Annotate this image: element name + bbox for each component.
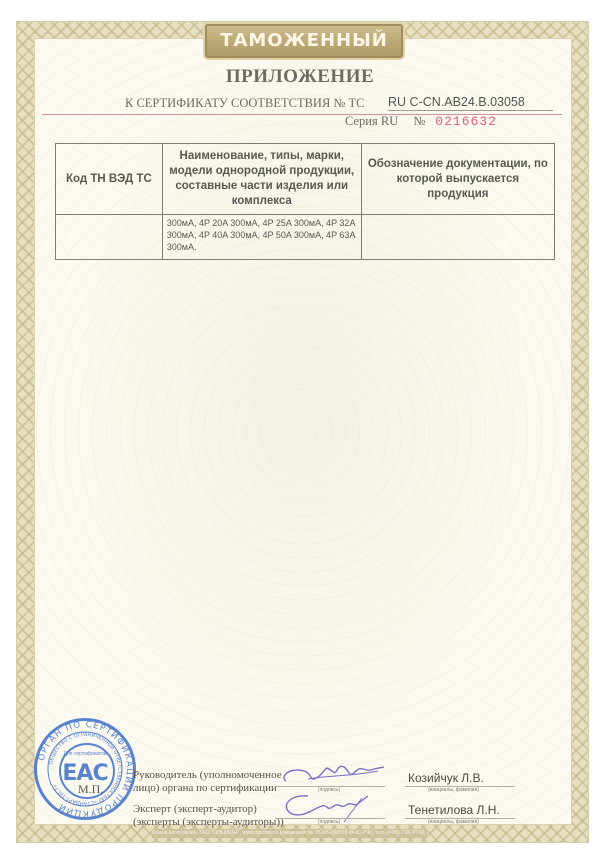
expert-label-line2: (эксперты (эксперты-аудиторы)) <box>133 816 284 829</box>
cell-hs-code <box>56 215 163 260</box>
stamp-for-text: Для сертификатов <box>37 751 133 757</box>
blank-number: 0216632 <box>435 114 497 129</box>
page-title: ПРИЛОЖЕНИЕ <box>0 66 600 88</box>
expert-name: Тенетилова Л.Н. <box>408 803 500 817</box>
customs-union-banner: ТАМОЖЕННЫЙ СОЮЗ <box>205 24 403 58</box>
head-name: Козийчук Л.В. <box>408 771 484 785</box>
cell-product-name: 300мА, 4P 20A 300мА, 4P 25A 300мА, 4P 32… <box>162 215 361 260</box>
head-signature-icon <box>278 757 388 789</box>
expert-signature-caption: (подпись) <box>318 819 340 825</box>
header-product-name: Наименование, типы, марки, модели одноро… <box>162 144 361 215</box>
certification-body-stamp: ОРГАН ПО СЕРТИФИКАЦИИ ПРОДУКЦИИ ОБЩЕСТВО… <box>34 718 136 820</box>
series-row: Серия RU №0216632 <box>345 114 497 129</box>
head-label-line2: лицо) органа по сертификации <box>133 782 277 795</box>
series-value: RU <box>381 114 398 128</box>
seal-label: М.П. <box>78 782 103 797</box>
table-header-row: Код ТН ВЭД ТС Наименование, типы, марки,… <box>56 144 555 215</box>
head-name-caption: (инициалы, фамилия) <box>428 787 479 793</box>
head-label-line1: Руководитель (уполномоченное <box>133 769 282 782</box>
certificate-number: RU C-CN.AB24.B.03058 <box>388 95 525 109</box>
cell-documentation <box>361 215 554 260</box>
table-row: 300мА, 4P 20A 300мА, 4P 25A 300мА, 4P 32… <box>56 215 555 260</box>
expert-name-caption: (инициалы, фамилия) <box>428 819 479 825</box>
certificate-number-underline <box>388 110 553 111</box>
series-label: Серия <box>345 114 378 128</box>
products-table: Код ТН ВЭД ТС Наименование, типы, марки,… <box>55 143 555 260</box>
certificate-subtitle: К СЕРТИФИКАТУ СООТВЕТСТВИЯ № ТС <box>125 96 364 111</box>
header-hs-code: Код ТН ВЭД ТС <box>56 144 163 215</box>
header-documentation: Обозначение документации, по которой вып… <box>361 144 554 215</box>
printer-imprint: Бланк изготовлен ЗАО "ОПЦИОН", www.opcio… <box>152 829 427 838</box>
number-label: № <box>413 114 425 128</box>
expert-label-line1: Эксперт (эксперт-аудитор) <box>133 803 257 816</box>
